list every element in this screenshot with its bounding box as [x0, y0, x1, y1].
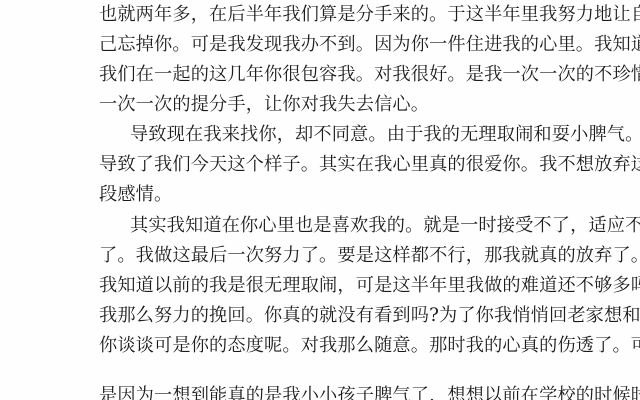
text-line: 导致现在我来找你，却不同意。由于我的无理取闹和耍小脾气。 [130, 124, 580, 146]
text-line: 段感情。 [99, 184, 549, 206]
text-line: 一次一次的提分手，让你对我失去信心。 [99, 94, 549, 116]
text-line: 我知道以前的我是很无理取闹，可是这半年里我做的难道还不够多吗? [99, 275, 549, 297]
text-line: 是因为一想到能真的是我小小孩子脾气了，想想以前在学校的时候时 [99, 385, 549, 400]
text-line: 己忘掉你。可是我发现我办不到。因为你一件住进我的心里。我知道 [99, 34, 549, 56]
text-line: 导致了我们今天这个样子。其实在我心里真的很爱你。我不想放弃这 [99, 154, 549, 176]
text-line: 其实我知道在你心里也是喜欢我的。就是一时接受不了，适应不 [130, 215, 580, 237]
text-line: 我们在一起的这几年你很包容我。对我很好。是我一次一次的不珍惜； [99, 64, 549, 86]
document-page: 也就两年多，在后半年我们算是分手来的。于这半年里我努力地让自 己忘掉你。可是我发… [0, 0, 640, 400]
text-line: 我那么努力的挽回。你真的就没有看到吗?为了你我悄悄回老家想和 [99, 305, 549, 327]
text-line: 你谈谈可是你的态度呢。对我那么随意。那时我的心真的伤透了。可 [99, 335, 549, 357]
text-line: 也就两年多，在后半年我们算是分手来的。于这半年里我努力地让自 [99, 4, 549, 26]
text-line: 了。我做这最后一次努力了。要是这样都不行，那我就真的放弃了。 [99, 245, 549, 267]
